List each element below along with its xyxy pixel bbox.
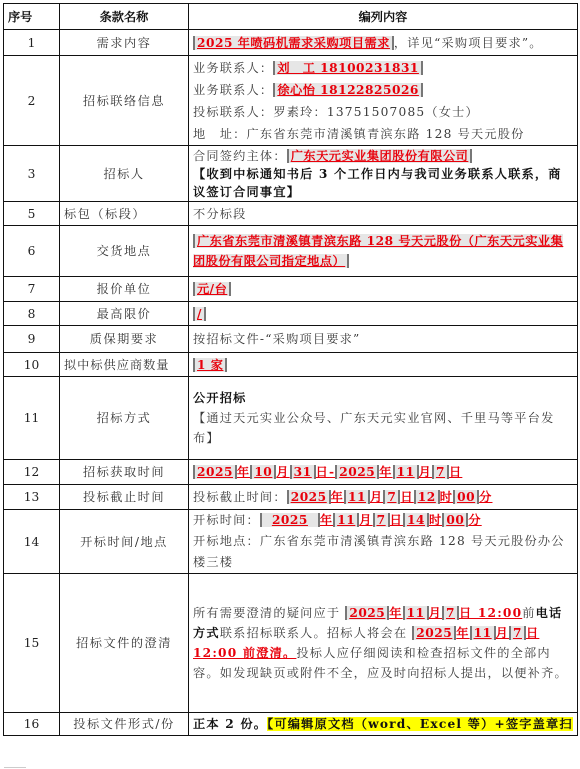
unit-minute: 分 <box>479 490 492 504</box>
clause-content: 按招标文件-“采购项目要求” <box>189 326 578 353</box>
clarify-text-3: 联系招标联系人。招标人将会在 <box>220 626 407 640</box>
table-row: 14 开标时间/地点 开标时间：2025年11月7日14时00分 开标地点：广东… <box>4 510 578 574</box>
form-field-from-year[interactable]: 2025 <box>193 465 237 479</box>
clause-content: 1 家 <box>189 353 578 377</box>
clause-name: 招标获取时间 <box>60 460 189 485</box>
form-field-contact-2[interactable]: 徐心怡 18122825026 <box>273 83 423 97</box>
form-field-max-price[interactable]: / <box>193 307 206 321</box>
clause-name: 标包（标段） <box>60 202 189 226</box>
row-number: 6 <box>4 226 60 277</box>
unit-year: 年 <box>456 626 469 640</box>
form-field-price-unit[interactable]: 元/台 <box>193 282 231 296</box>
row-number: 9 <box>4 326 60 353</box>
unit-year: 年 <box>389 606 402 620</box>
form-field-supplier-count[interactable]: 1 家 <box>193 358 227 372</box>
form-field-answer-month[interactable]: 11 <box>470 626 496 640</box>
form-field-answer-day[interactable]: 7 <box>509 626 526 640</box>
clause-name: 招标人 <box>60 146 189 202</box>
clause-name: 最高限价 <box>60 302 189 326</box>
unit-hour: 时 <box>440 490 453 504</box>
opening-time-label: 开标时间： <box>193 513 260 527</box>
form-field-demand[interactable]: 2025 年喷码机需求采购项目需求 <box>193 36 394 50</box>
form-field-question-day[interactable]: 7 <box>442 606 459 620</box>
bid-contact: 投标联系人：罗素玲：13751507085（女士） <box>193 101 573 123</box>
table-row: 9 质保期要求 按招标文件-“采购项目要求” <box>4 326 578 353</box>
page-edge-mark <box>4 767 26 768</box>
form-field-to-month[interactable]: 11 <box>393 465 419 479</box>
row-number: 2 <box>4 56 60 146</box>
clause-name: 拟中标供应商数量 <box>60 353 189 377</box>
table-row: 16 投标文件形式/份 正本 2 份。【可编辑原文档（word、Excel 等）… <box>4 713 578 736</box>
unit-day: 日 <box>390 513 403 527</box>
table-row: 8 最高限价 / <box>4 302 578 326</box>
clause-content: 开标时间：2025年11月7日14时00分 开标地点：广东省东莞市清溪镇青滨东路… <box>189 510 578 574</box>
table-row: 15 招标文件的澄清 所有需要澄清的疑问应于 2025年11月7日 12:00前… <box>4 574 578 713</box>
clause-content: / <box>189 302 578 326</box>
unit-day: 日 <box>316 465 329 479</box>
form-field-answer-year[interactable]: 2025 <box>412 626 456 640</box>
unit-year: 年 <box>320 513 333 527</box>
form-field-deadline-month[interactable]: 11 <box>344 490 370 504</box>
form-field-opening-day[interactable]: 7 <box>373 513 390 527</box>
unit-year: 年 <box>237 465 250 479</box>
address: 地 址：广东省东莞市清溪镇青滨东路 128 号天元股份 <box>193 123 573 145</box>
form-field-from-month[interactable]: 10 <box>250 465 276 479</box>
form-field-opening-minute[interactable]: 00 <box>442 513 468 527</box>
table-row: 13 投标截止时间 投标截止时间：2025年11月7日12时00分 <box>4 485 578 510</box>
clause-content: 2025年10月31日-2025年11月7日 <box>189 460 578 485</box>
clause-content: 所有需要澄清的疑问应于 2025年11月7日 12:00前电话方式联系招标联系人… <box>189 574 578 713</box>
question-time: 日 12:00 <box>459 606 522 620</box>
table-row: 12 招标获取时间 2025年10月31日-2025年11月7日 <box>4 460 578 485</box>
table-row: 6 交货地点 广东省东莞市清溪镇青滨东路 128 号天元股份（广东天元实业集团股… <box>4 226 578 277</box>
unit-year: 年 <box>379 465 392 479</box>
table-row: 5 标包（标段） 不分标段 <box>4 202 578 226</box>
clarify-text-1: 所有需要澄清的疑问应于 <box>193 606 340 620</box>
clause-content: 公开招标 【通过天元实业公众号、广东天元实业官网、千里马等平台发布】 <box>189 377 578 460</box>
clause-name: 投标文件形式/份 <box>60 713 189 736</box>
form-field-question-year[interactable]: 2025 <box>345 606 389 620</box>
row-number: 13 <box>4 485 60 510</box>
unit-month: 月 <box>419 465 432 479</box>
form-field-deadline-minute[interactable]: 00 <box>453 490 479 504</box>
form-field-question-month[interactable]: 11 <box>403 606 429 620</box>
table-header-row: 序号 条款名称 编列内容 <box>4 4 578 30</box>
header-content: 编列内容 <box>189 4 578 30</box>
row-number: 14 <box>4 510 60 574</box>
unit-day: 日 <box>526 626 539 640</box>
form-field-from-day[interactable]: 31 <box>290 465 316 479</box>
sign-label: 合同签约主体： <box>193 149 287 163</box>
clause-content: 业务联系人：刘 工 18100231831 业务联系人：徐心怡 18122825… <box>189 56 578 146</box>
form-field-to-year[interactable]: 2025 <box>335 465 379 479</box>
clause-name: 招标文件的澄清 <box>60 574 189 713</box>
unit-month: 月 <box>496 626 509 640</box>
contact-label: 业务联系人： <box>193 83 273 97</box>
table-row: 10 拟中标供应商数量 1 家 <box>4 353 578 377</box>
clause-content: 合同签约主体：广东天元实业集团股份有限公司 【收到中标通知书后 3 个工作日内与… <box>189 146 578 202</box>
row-number: 12 <box>4 460 60 485</box>
clause-name: 需求内容 <box>60 30 189 56</box>
award-notice: 【收到中标通知书后 3 个工作日内与我司业务联系人联系，商议签订合同事宜】 <box>193 167 562 199</box>
deadline-label: 投标截止时间： <box>193 490 287 504</box>
unit-month: 月 <box>276 465 289 479</box>
clause-name: 开标时间/地点 <box>60 510 189 574</box>
form-field-opening-month[interactable]: 11 <box>333 513 359 527</box>
unit-day: 日 <box>400 490 413 504</box>
row-number: 5 <box>4 202 60 226</box>
unit-day: 日 <box>449 465 462 479</box>
table-row: 3 招标人 合同签约主体：广东天元实业集团股份有限公司 【收到中标通知书后 3 … <box>4 146 578 202</box>
form-field-sign-entity[interactable]: 广东天元实业集团股份有限公司 <box>287 149 473 163</box>
table-row: 7 报价单位 元/台 <box>4 277 578 302</box>
clause-content: 不分标段 <box>189 202 578 226</box>
unit-month: 月 <box>370 490 383 504</box>
row-number: 11 <box>4 377 60 460</box>
header-clause-name: 条款名称 <box>60 4 189 30</box>
form-field-opening-hour[interactable]: 14 <box>403 513 429 527</box>
publish-channels: 【通过天元实业公众号、广东天元实业官网、千里马等平台发布】 <box>193 411 554 445</box>
clarify-text-2: 前 <box>522 606 535 620</box>
unit-month: 月 <box>359 513 372 527</box>
answer-time: 12:00 前澄清。 <box>193 646 296 660</box>
row-number: 8 <box>4 302 60 326</box>
row-number: 3 <box>4 146 60 202</box>
form-field-deadline-hour[interactable]: 12 <box>414 490 440 504</box>
highlighted-format-note: 【可编辑原文档（word、Excel 等）+签字盖章扫 <box>267 717 573 731</box>
form-field-delivery-place[interactable]: 广东省东莞市清溪镇青滨东路 128 号天元股份（广东天元实业集团股份有限公司指定… <box>193 234 563 268</box>
form-field-opening-year[interactable]: 2025 <box>260 513 320 527</box>
bidding-terms-table: 序号 条款名称 编列内容 1 需求内容 2025 年喷码机需求采购项目需求，详见… <box>3 3 578 736</box>
form-field-to-day[interactable]: 7 <box>432 465 449 479</box>
copies-count: 正本 2 份。 <box>193 717 267 731</box>
unit-hour: 时 <box>429 513 442 527</box>
row-number: 1 <box>4 30 60 56</box>
row-number: 7 <box>4 277 60 302</box>
row-number: 15 <box>4 574 60 713</box>
clause-name: 质保期要求 <box>60 326 189 353</box>
form-field-deadline-day[interactable]: 7 <box>383 490 400 504</box>
row-number: 16 <box>4 713 60 736</box>
table-row: 1 需求内容 2025 年喷码机需求采购项目需求，详见“采购项目要求”。 <box>4 30 578 56</box>
form-field-contact-1[interactable]: 刘 工 18100231831 <box>273 61 423 75</box>
unit-month: 月 <box>429 606 442 620</box>
clause-content: 元/台 <box>189 277 578 302</box>
unit-year: 年 <box>331 490 344 504</box>
clause-content: 广东省东莞市清溪镇青滨东路 128 号天元股份（广东天元实业集团股份有限公司指定… <box>189 226 578 277</box>
row-number: 10 <box>4 353 60 377</box>
clause-content: 投标截止时间：2025年11月7日12时00分 <box>189 485 578 510</box>
table-row: 11 招标方式 公开招标 【通过天元实业公众号、广东天元实业官网、千里马等平台发… <box>4 377 578 460</box>
form-field-deadline-year[interactable]: 2025 <box>287 490 331 504</box>
tender-method: 公开招标 <box>193 388 573 408</box>
clause-name: 交货地点 <box>60 226 189 277</box>
clause-content: 正本 2 份。【可编辑原文档（word、Excel 等）+签字盖章扫 <box>189 713 578 736</box>
clause-content: 2025 年喷码机需求采购项目需求，详见“采购项目要求”。 <box>189 30 578 56</box>
opening-place: 开标地点：广东省东莞市清溪镇青滨东路 128 号天元股份办公楼三楼 <box>193 534 565 569</box>
demand-suffix: ，详见“采购项目要求”。 <box>394 36 543 50</box>
table-row: 2 招标联络信息 业务联系人：刘 工 18100231831 业务联系人：徐心怡… <box>4 56 578 146</box>
header-serial: 序号 <box>4 4 60 30</box>
clause-name: 投标截止时间 <box>60 485 189 510</box>
contact-label: 业务联系人： <box>193 61 273 75</box>
clause-name: 报价单位 <box>60 277 189 302</box>
unit-minute: 分 <box>468 513 481 527</box>
clause-name: 招标方式 <box>60 377 189 460</box>
clause-name: 招标联络信息 <box>60 56 189 146</box>
